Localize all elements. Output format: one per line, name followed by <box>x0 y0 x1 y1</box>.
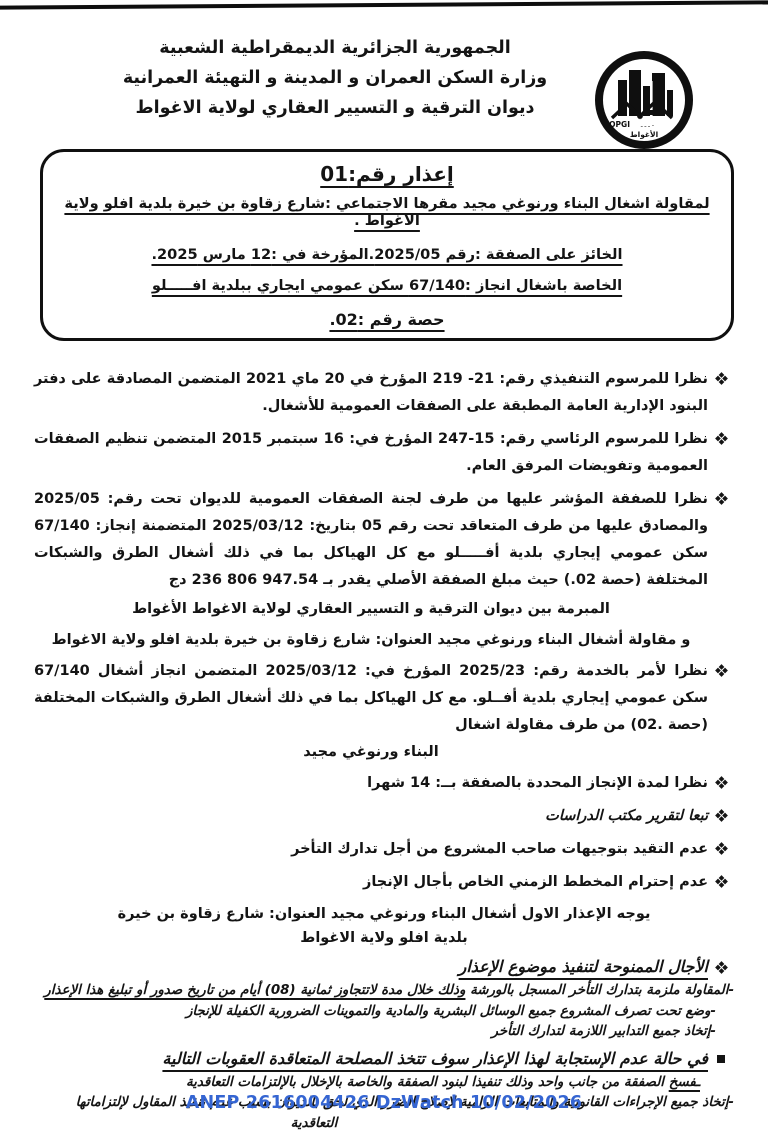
logo-acronym: OPGI <box>609 120 630 129</box>
notice-addressee-line: يوجه الإعذار الاول أشغال البناء ورنوغي م… <box>34 902 734 950</box>
contractor-name-line: البناء ورنوغي مجيد <box>34 739 708 766</box>
penalty-item-2-tail: التعاقدية <box>34 1114 734 1135</box>
deadline-item-1-underlined: وذلك خلال مدة لاتتجاوز ثمانية (08) أيام … <box>44 983 465 998</box>
penalty-item-1: ـفسخ الصفقة من جانب واحد وذلك تنفيذا لبن… <box>34 1073 734 1094</box>
opgi-stamp-logo: OPGI - ـ ـ ـ الأغواط <box>592 48 696 152</box>
opgi-logo-icon: OPGI - ـ ـ ـ الأغواط <box>592 48 696 152</box>
notice-recipient-line: لمقاولة اشغال البناء ورنوغي مجيد مقرها ا… <box>57 195 717 229</box>
recital-text: نظرا للصفقة المؤشر عليها من طرف لجنة الص… <box>34 486 708 594</box>
recital-non-compliance: عدم التقيد بتوجيهات صاحب المشروع من أجل … <box>34 836 734 863</box>
penalty-item-1-underlined: ـفسخ <box>669 1075 700 1090</box>
recital-schedule: عدم إحترام المخطط الزمني الخاص بأجال الإ… <box>34 869 734 896</box>
deadline-item-2: -وضع تحت تصرف المشروع جميع الوسائل البشر… <box>34 1002 734 1023</box>
diamond-bullet-icon <box>708 426 734 480</box>
diamond-bullet-icon <box>708 770 734 797</box>
ministry-title: وزارة السكن العمران و المدينة و التهيئة … <box>100 63 570 93</box>
deadline-section-heading: الأجال الممنوحة لتنفيذ موضوع الإعذار <box>34 955 734 979</box>
notice-contract-line: الخائز على الصفقة :رقم 2025/05.المؤرخة ف… <box>57 246 717 263</box>
section-heading-text: في حالة عدم الإستجابة لهذا الإعذار سوف ت… <box>34 1047 708 1071</box>
office-title: ديوان الترقية و التسيير العقاري لولاية ا… <box>100 93 570 123</box>
recital-study-office: تبعا لتقرير مكتب الدراسات <box>34 803 734 830</box>
deadline-item-3: -إتخاذ جميع التدابير اللازمة لتدارك التأ… <box>34 1022 734 1043</box>
recital-text: تبعا لتقرير مكتب الدراسات <box>34 803 708 830</box>
recital-text: نظرا لمدة الإنجاز المحددة بالصفقة بــ: 1… <box>34 770 708 797</box>
recital-text: نظرا للمرسوم التنفيذي رقم: 21- 219 المؤر… <box>34 366 708 420</box>
recital-text: نظرا لأمر بالخدمة رقم: 2025/23 المؤرخ في… <box>34 658 708 739</box>
recital-text: عدم إحترام المخطط الزمني الخاص بأجال الإ… <box>34 869 708 896</box>
recital-text: عدم التقيد بتوجيهات صاحب المشروع من أجل … <box>34 836 708 863</box>
document-body: نظرا للمرسوم التنفيذي رقم: 21- 219 المؤر… <box>34 366 734 1134</box>
contract-parties-line-2: و مقاولة أشغال البناء ورنوغي مجيد العنوا… <box>34 627 708 654</box>
diamond-bullet-icon <box>708 658 734 739</box>
recital-service-order: نظرا لأمر بالخدمة رقم: 2025/23 المؤرخ في… <box>34 658 734 739</box>
contract-parties-line-1: المبرمة بين ديوان الترقية و التسيير العق… <box>34 596 708 623</box>
penalty-item-1-normal: الصفقة من جانب واحد وذلك تنفيذا لبنود ال… <box>186 1075 669 1090</box>
scan-artifact-line <box>0 0 768 9</box>
svg-text:- ـ ـ ـ: - ـ ـ ـ <box>640 122 654 129</box>
document-page: الجمهورية الجزائرية الديمقراطية الشعبية … <box>0 0 768 1138</box>
deadline-item-1-normal: -المقاولة ملزمة بتدارك التأخر المسجل بال… <box>465 983 734 998</box>
diamond-bullet-icon <box>708 869 734 896</box>
recital-contract: نظرا للصفقة المؤشر عليها من طرف لجنة الص… <box>34 486 734 594</box>
header-titles: الجمهورية الجزائرية الديمقراطية الشعبية … <box>100 33 570 123</box>
republic-title: الجمهورية الجزائرية الديمقراطية الشعبية <box>100 33 570 63</box>
notice-number-title: إعذار رقم:01 <box>57 162 717 186</box>
notice-box: إعذار رقم:01 لمقاولة اشغال البناء ورنوغي… <box>40 149 734 341</box>
diamond-bullet-icon <box>708 486 734 594</box>
diamond-bullet-icon <box>708 955 734 979</box>
logo-city-label: الأغواط <box>630 130 658 139</box>
recital-text: نظرا للمرسوم الرئاسي رقم: 15-247 المؤرخ … <box>34 426 708 480</box>
diamond-bullet-icon <box>708 366 734 420</box>
diamond-bullet-icon <box>708 836 734 863</box>
section-heading-text: الأجال الممنوحة لتنفيذ موضوع الإعذار <box>34 955 708 979</box>
square-bullet-icon <box>717 1055 725 1063</box>
recital-decree-presidential: نظرا للمرسوم الرئاسي رقم: 15-247 المؤرخ … <box>34 426 734 480</box>
recital-decree-executive: نظرا للمرسوم التنفيذي رقم: 21- 219 المؤر… <box>34 366 734 420</box>
deadline-item-1: -المقاولة ملزمة بتدارك التأخر المسجل بال… <box>34 981 734 1002</box>
recital-duration: نظرا لمدة الإنجاز المحددة بالصفقة بــ: 1… <box>34 770 734 797</box>
notice-project-line: الخاصة باشغال انجاز :67/140 سكن عمومي اي… <box>57 277 717 294</box>
anep-reference: ANEP 2616004426 DzWatch 10/02/2026 <box>0 1093 768 1113</box>
penalties-section-heading: في حالة عدم الإستجابة لهذا الإعذار سوف ت… <box>34 1047 734 1071</box>
notice-lot-line: حصة رقم :02. <box>57 310 717 329</box>
diamond-bullet-icon <box>708 803 734 830</box>
